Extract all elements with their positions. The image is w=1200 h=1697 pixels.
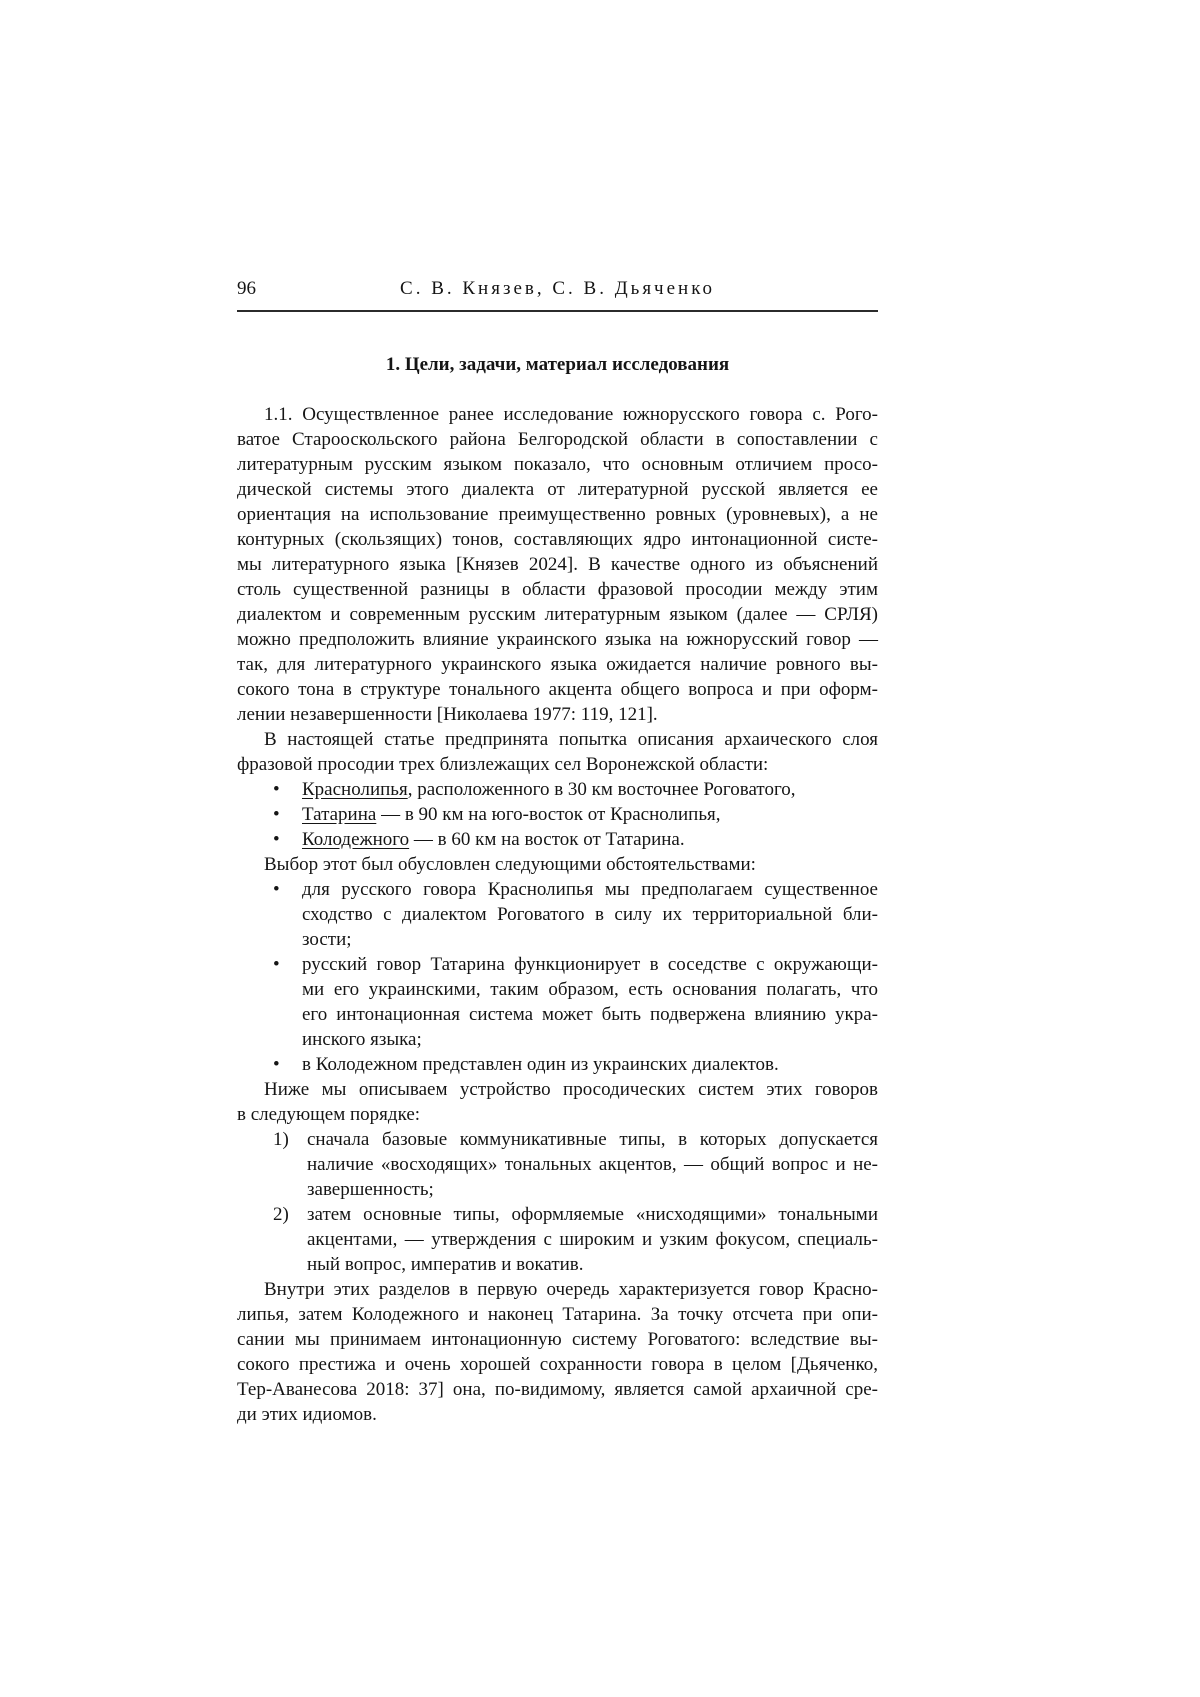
village-bullet-list: • Краснолипья, расположенного в 30 км во…: [237, 777, 878, 852]
paragraph-2: В настоящей статье предпринята попытка о…: [237, 727, 878, 777]
list-item: • для русского говора Краснолипья мы пре…: [237, 877, 878, 952]
text-line: русский говор Татарина функционирует в с…: [302, 952, 878, 977]
text-line: контурных (скользящих) тонов, составляющ…: [237, 527, 878, 552]
page-number: 96: [237, 276, 256, 301]
text-line: столь существенной разницы в области фра…: [237, 577, 878, 602]
text-line: дической системы этого диалекта от литер…: [237, 477, 878, 502]
text-line: завершенность;: [307, 1177, 878, 1202]
text-line: сокого престижа и очень хорошей сохранно…: [237, 1352, 878, 1377]
text-line: Краснолипья, расположенного в 30 км вост…: [302, 777, 878, 802]
list-number: 1): [273, 1127, 289, 1152]
list-item: 2) затем основные типы, оформляемые «нис…: [237, 1202, 878, 1277]
text-line: литературным русским языком показало, чт…: [237, 452, 878, 477]
bullet-marker-icon: •: [273, 1052, 280, 1077]
text-line: сании мы принимаем интонационную систему…: [237, 1327, 878, 1352]
page-header: 96 С. В. Князев, С. В. Дьяченко: [237, 276, 878, 312]
text-line: так, для литературного украинского языка…: [237, 652, 878, 677]
list-item: • Колодежного — в 60 км на восток от Тат…: [237, 827, 878, 852]
list-item: • в Колодежном представлен один из украи…: [237, 1052, 878, 1077]
list-item: 1) сначала базовые коммуникативные типы,…: [237, 1127, 878, 1202]
text-line: фразовой просодии трех близлежащих сел В…: [237, 752, 878, 777]
bullet-marker-icon: •: [273, 877, 280, 902]
list-item: • русский говор Татарина функционирует в…: [237, 952, 878, 1052]
paragraph-5: Внутри этих разделов в первую очередь ха…: [237, 1277, 878, 1427]
text-column: 96 С. В. Князев, С. В. Дьяченко 1. Цели,…: [237, 276, 878, 1427]
text-line: мы литературного языка [Князев 2024]. В …: [237, 552, 878, 577]
text-line: сначала базовые коммуникативные типы, в …: [307, 1127, 878, 1152]
village-desc: , расположенного в 30 км восточнее Рогов…: [408, 779, 796, 800]
paper-page: 96 С. В. Князев, С. В. Дьяченко 1. Цели,…: [0, 0, 1200, 1697]
village-desc: — в 60 км на восток от Татарина.: [409, 829, 684, 850]
text-line: ный вопрос, императив и вокатив.: [307, 1252, 878, 1277]
text-line: ватое Старооскольского района Белгородск…: [237, 427, 878, 452]
text-line: липья, затем Колодежного и наконец Татар…: [237, 1302, 878, 1327]
text-line: Татарина — в 90 км на юго-восток от Крас…: [302, 802, 878, 827]
text-line: сходство с диалектом Роговатого в силу и…: [302, 902, 878, 927]
text-line: Тер-Аванесова 2018: 37] она, по-видимому…: [237, 1377, 878, 1402]
bullet-marker-icon: •: [273, 802, 280, 827]
text-line: ориентация на использование преимуществе…: [237, 502, 878, 527]
text-line: для русского говора Краснолипья мы предп…: [302, 877, 878, 902]
list-number: 2): [273, 1202, 289, 1227]
text-line: Ниже мы описываем устройство просодическ…: [237, 1077, 878, 1102]
list-item: • Татарина — в 90 км на юго-восток от Кр…: [237, 802, 878, 827]
running-head-authors: С. В. Князев, С. В. Дьяченко: [237, 276, 878, 301]
village-name: Татарина: [302, 804, 376, 825]
text-line: можно предположить влияние украинского я…: [237, 627, 878, 652]
text-line: В настоящей статье предпринята попытка о…: [237, 727, 878, 752]
text-line: затем основные типы, оформляемые «нисход…: [307, 1202, 878, 1227]
paragraph-4: Ниже мы описываем устройство просодическ…: [237, 1077, 878, 1127]
text-line: зости;: [302, 927, 878, 952]
list-item: • Краснолипья, расположенного в 30 км во…: [237, 777, 878, 802]
text-line: акцентами, — утверждения с широким и узк…: [307, 1227, 878, 1252]
text-line: наличие «восходящих» тональных акцентов,…: [307, 1152, 878, 1177]
text-line: Выбор этот был обусловлен следующими обс…: [237, 852, 878, 877]
text-line: диалектом и современным русским литерату…: [237, 602, 878, 627]
village-name: Краснолипья: [302, 779, 408, 800]
text-line: лении незавершенности [Николаева 1977: 1…: [237, 702, 878, 727]
text-line: в следующем порядке:: [237, 1102, 878, 1127]
bullet-marker-icon: •: [273, 952, 280, 977]
section-title: 1. Цели, задачи, материал исследования: [237, 352, 878, 377]
paragraph-1: 1.1. Осуществленное ранее исследование ю…: [237, 402, 878, 727]
text-line: в Колодежном представлен один из украинс…: [302, 1052, 878, 1077]
numbered-list: 1) сначала базовые коммуникативные типы,…: [237, 1127, 878, 1277]
text-line: Колодежного — в 60 км на восток от Татар…: [302, 827, 878, 852]
text-line: инского языка;: [302, 1027, 878, 1052]
text-line: 1.1. Осуществленное ранее исследование ю…: [237, 402, 878, 427]
text-line: ми его украинскими, таким образом, есть …: [302, 977, 878, 1002]
text-line: ди этих идиомов.: [237, 1402, 878, 1427]
bullet-marker-icon: •: [273, 827, 280, 852]
bullet-marker-icon: •: [273, 777, 280, 802]
village-name: Колодежного: [302, 829, 409, 850]
text-line: сокого тона в структуре тонального акцен…: [237, 677, 878, 702]
text-line: Внутри этих разделов в первую очередь ха…: [237, 1277, 878, 1302]
reasons-bullet-list: • для русского говора Краснолипья мы пре…: [237, 877, 878, 1077]
paragraph-3: Выбор этот был обусловлен следующими обс…: [237, 852, 878, 877]
text-line: его интонационная система может быть под…: [302, 1002, 878, 1027]
village-desc: — в 90 км на юго-восток от Краснолипья,: [376, 804, 720, 825]
